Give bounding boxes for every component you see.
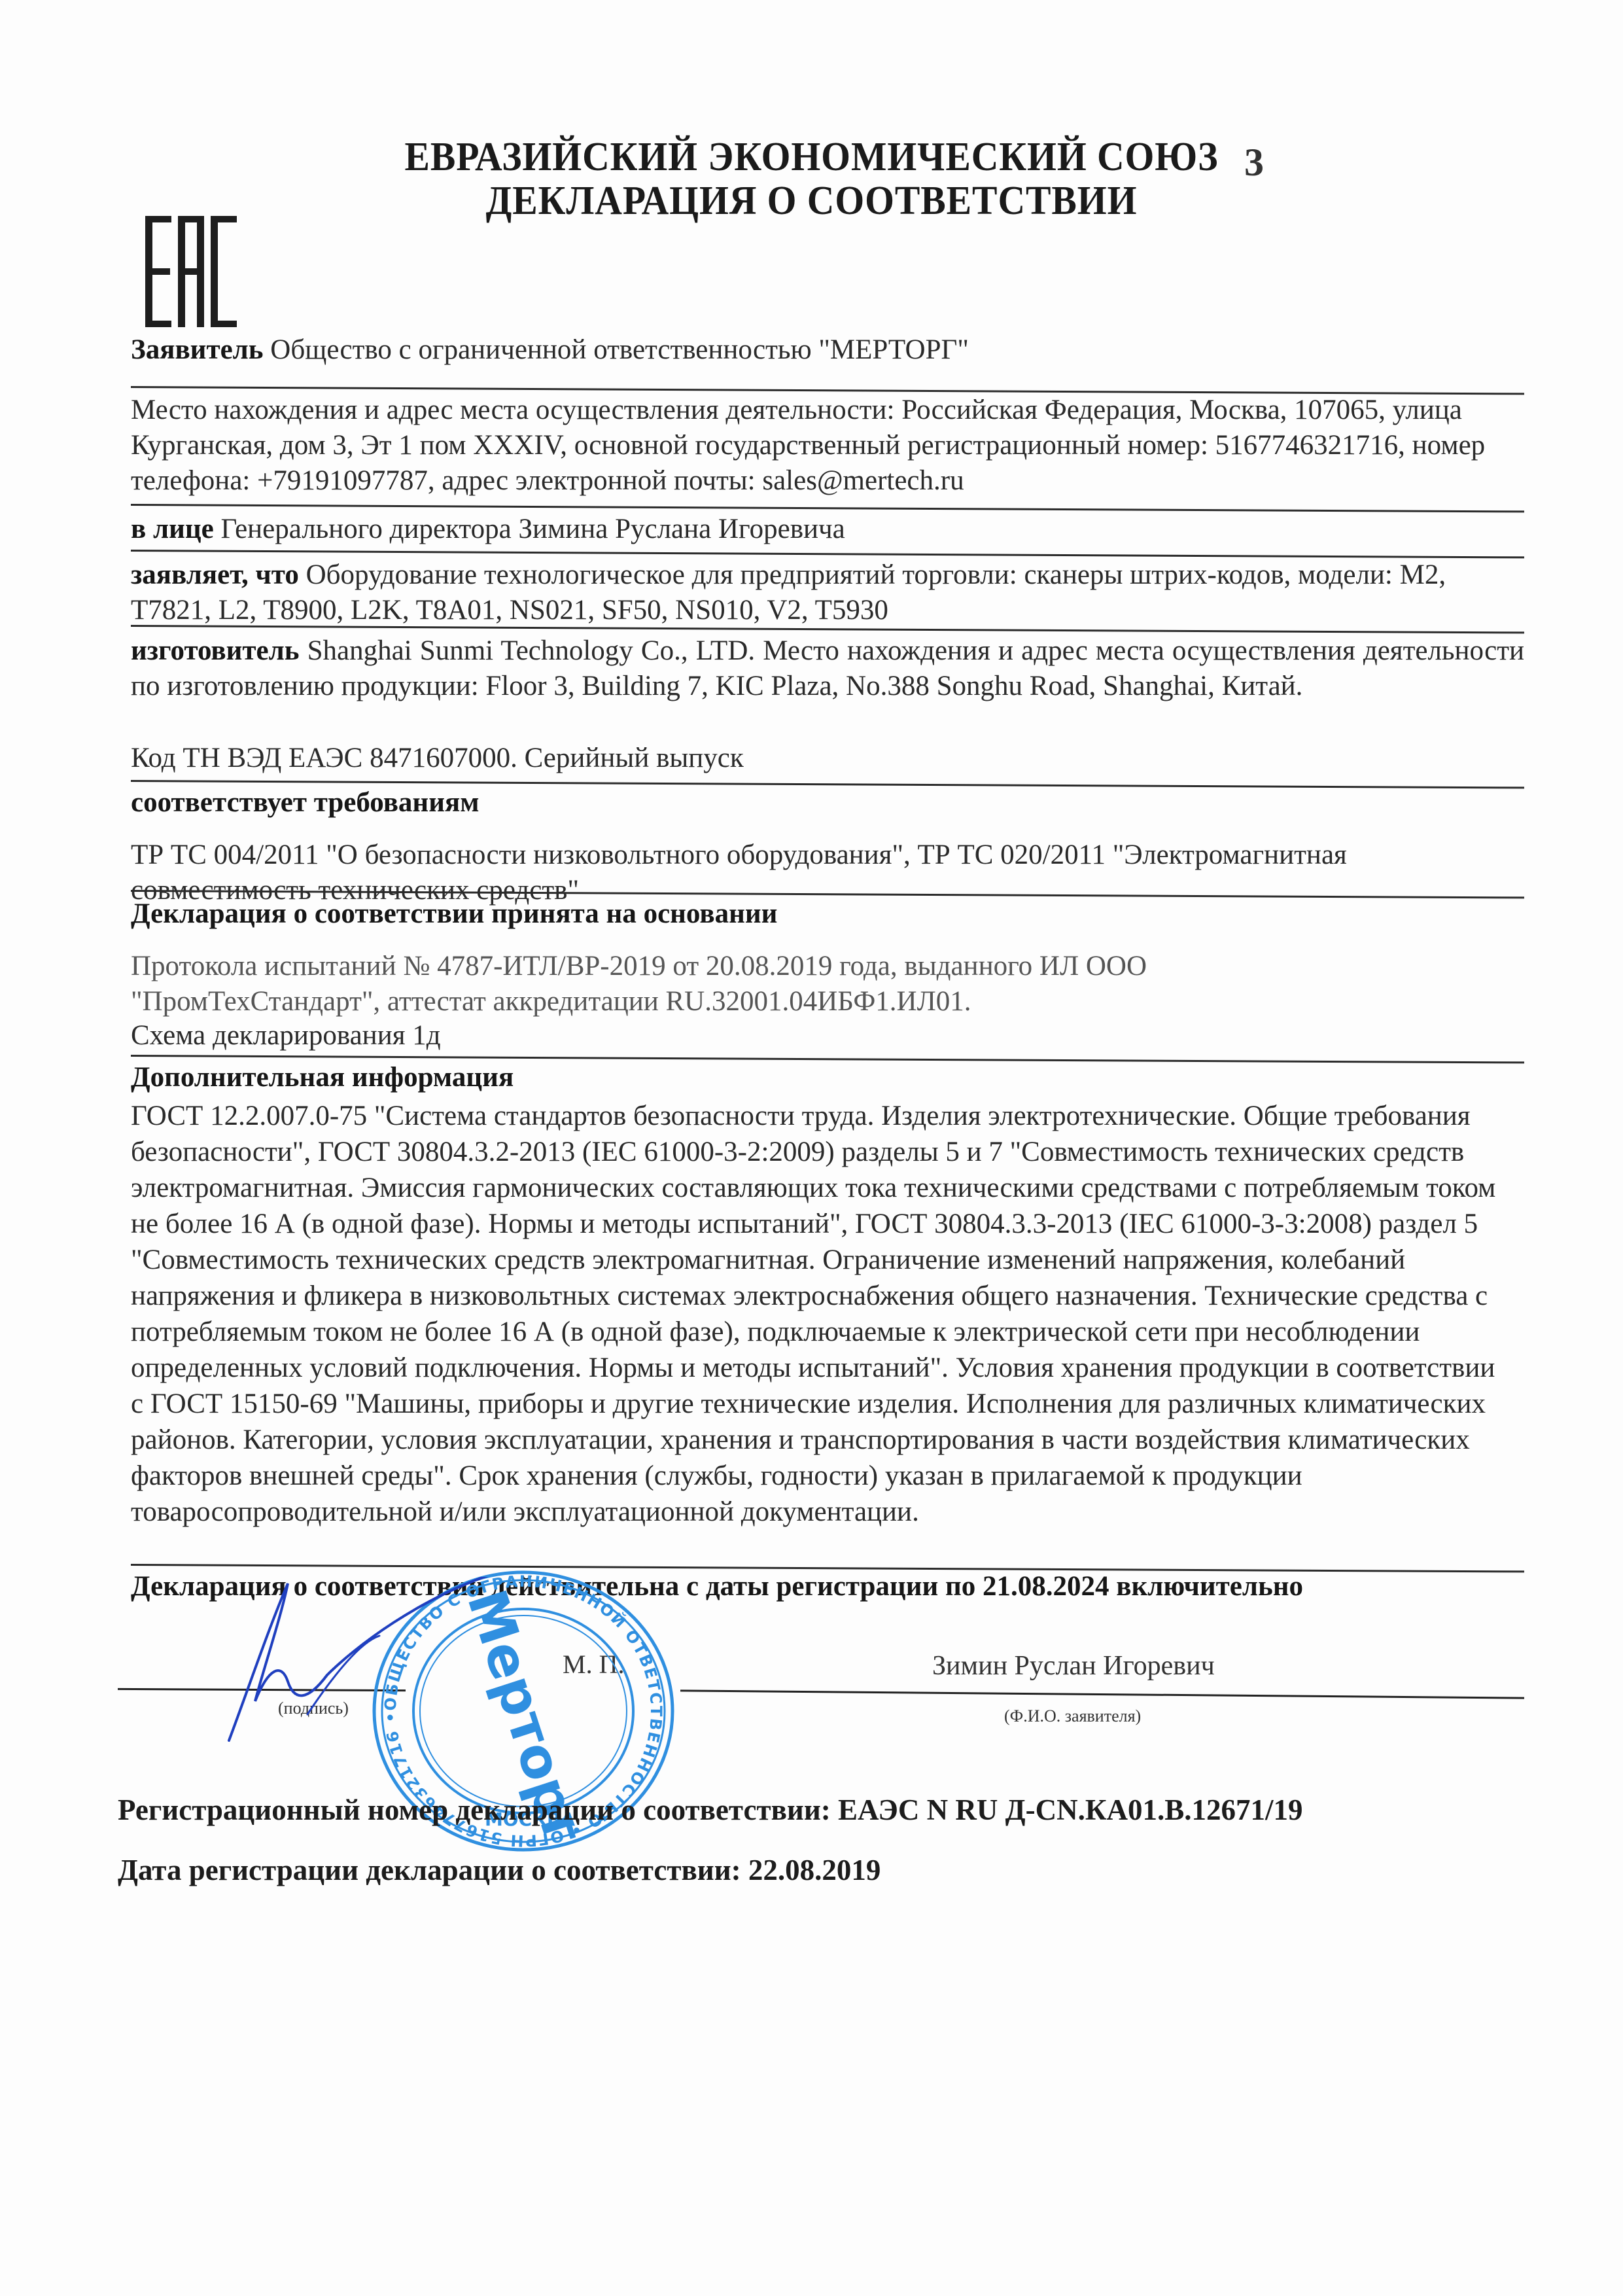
registration-number-label: Регистрационный номер декларации о соотв… xyxy=(118,1793,831,1826)
registration-date-label: Дата регистрации декларации о соответств… xyxy=(118,1854,741,1886)
manufacturer-label: изготовитель xyxy=(131,635,300,666)
hs-code-line: Код ТН ВЭД ЕАЭС 8471607000. Серийный вып… xyxy=(131,741,1524,776)
manufacturer-value: Shanghai Sunmi Technology Co., LTD. Мест… xyxy=(131,635,1524,701)
manufacturer-row: изготовитель Shanghai Sunmi Technology C… xyxy=(131,633,1524,704)
additional-info-heading: Дополнительная информация xyxy=(131,1060,1524,1095)
requirements-heading: соответствует требованиям xyxy=(131,785,1524,821)
handwritten-signature xyxy=(203,1577,530,1747)
union-title: ЕВРАЗИЙСКИЙ ЭКОНОМИЧЕСКИЙ СОЮЗ xyxy=(57,134,1566,181)
registration-number-row: Регистрационный номер декларации о соотв… xyxy=(118,1793,1302,1827)
registration-date-value: 22.08.2019 xyxy=(748,1854,881,1886)
eac-mark-icon xyxy=(145,216,237,327)
applicant-name: Зимин Руслан Игоревич xyxy=(932,1650,1215,1682)
represented-by-value: Генерального директора Зимина Руслана Иг… xyxy=(220,514,845,544)
registration-number-value: ЕАЭС N RU Д-CN.КА01.В.12671/19 xyxy=(838,1793,1303,1826)
applicant-row: Заявитель Общество с ограниченной ответс… xyxy=(131,332,1524,368)
represented-by-label: в лице xyxy=(131,514,214,544)
declaration-scheme: Схема декларирования 1д xyxy=(131,1018,1524,1053)
represented-by-row: в лице Генерального директора Зимина Рус… xyxy=(131,512,1524,547)
declares-value: Оборудование технологическое для предпри… xyxy=(131,559,1446,626)
address-block: Место нахождения и адрес места осуществл… xyxy=(131,393,1492,499)
declares-label: заявляет, что xyxy=(131,559,299,590)
declares-row: заявляет, что Оборудование технологическ… xyxy=(131,557,1478,628)
applicant-value: Общество с ограниченной ответственностью… xyxy=(270,334,969,365)
document-title: ДЕКЛАРАЦИЯ О СООТВЕТСТВИИ xyxy=(57,178,1566,224)
applicant-label: Заявитель xyxy=(131,334,264,365)
basis-protocol: Протокола испытаний № 4787-ИТЛ/ВР-2019 о… xyxy=(131,949,1308,1019)
registration-date-row: Дата регистрации декларации о соответств… xyxy=(118,1853,881,1887)
name-caption: (Ф.И.О. заявителя) xyxy=(1004,1706,1141,1726)
additional-info-text: ГОСТ 12.2.007.0-75 "Система стандартов б… xyxy=(131,1098,1511,1530)
basis-heading: Декларация о соответствии принята на осн… xyxy=(131,896,1524,932)
declaration-page: 3 ЕВРАЗИЙСКИЙ ЭКОНОМИЧЕСКИЙ СОЮЗ ДЕКЛАРА… xyxy=(0,0,1623,2296)
name-line xyxy=(680,1689,1524,1699)
